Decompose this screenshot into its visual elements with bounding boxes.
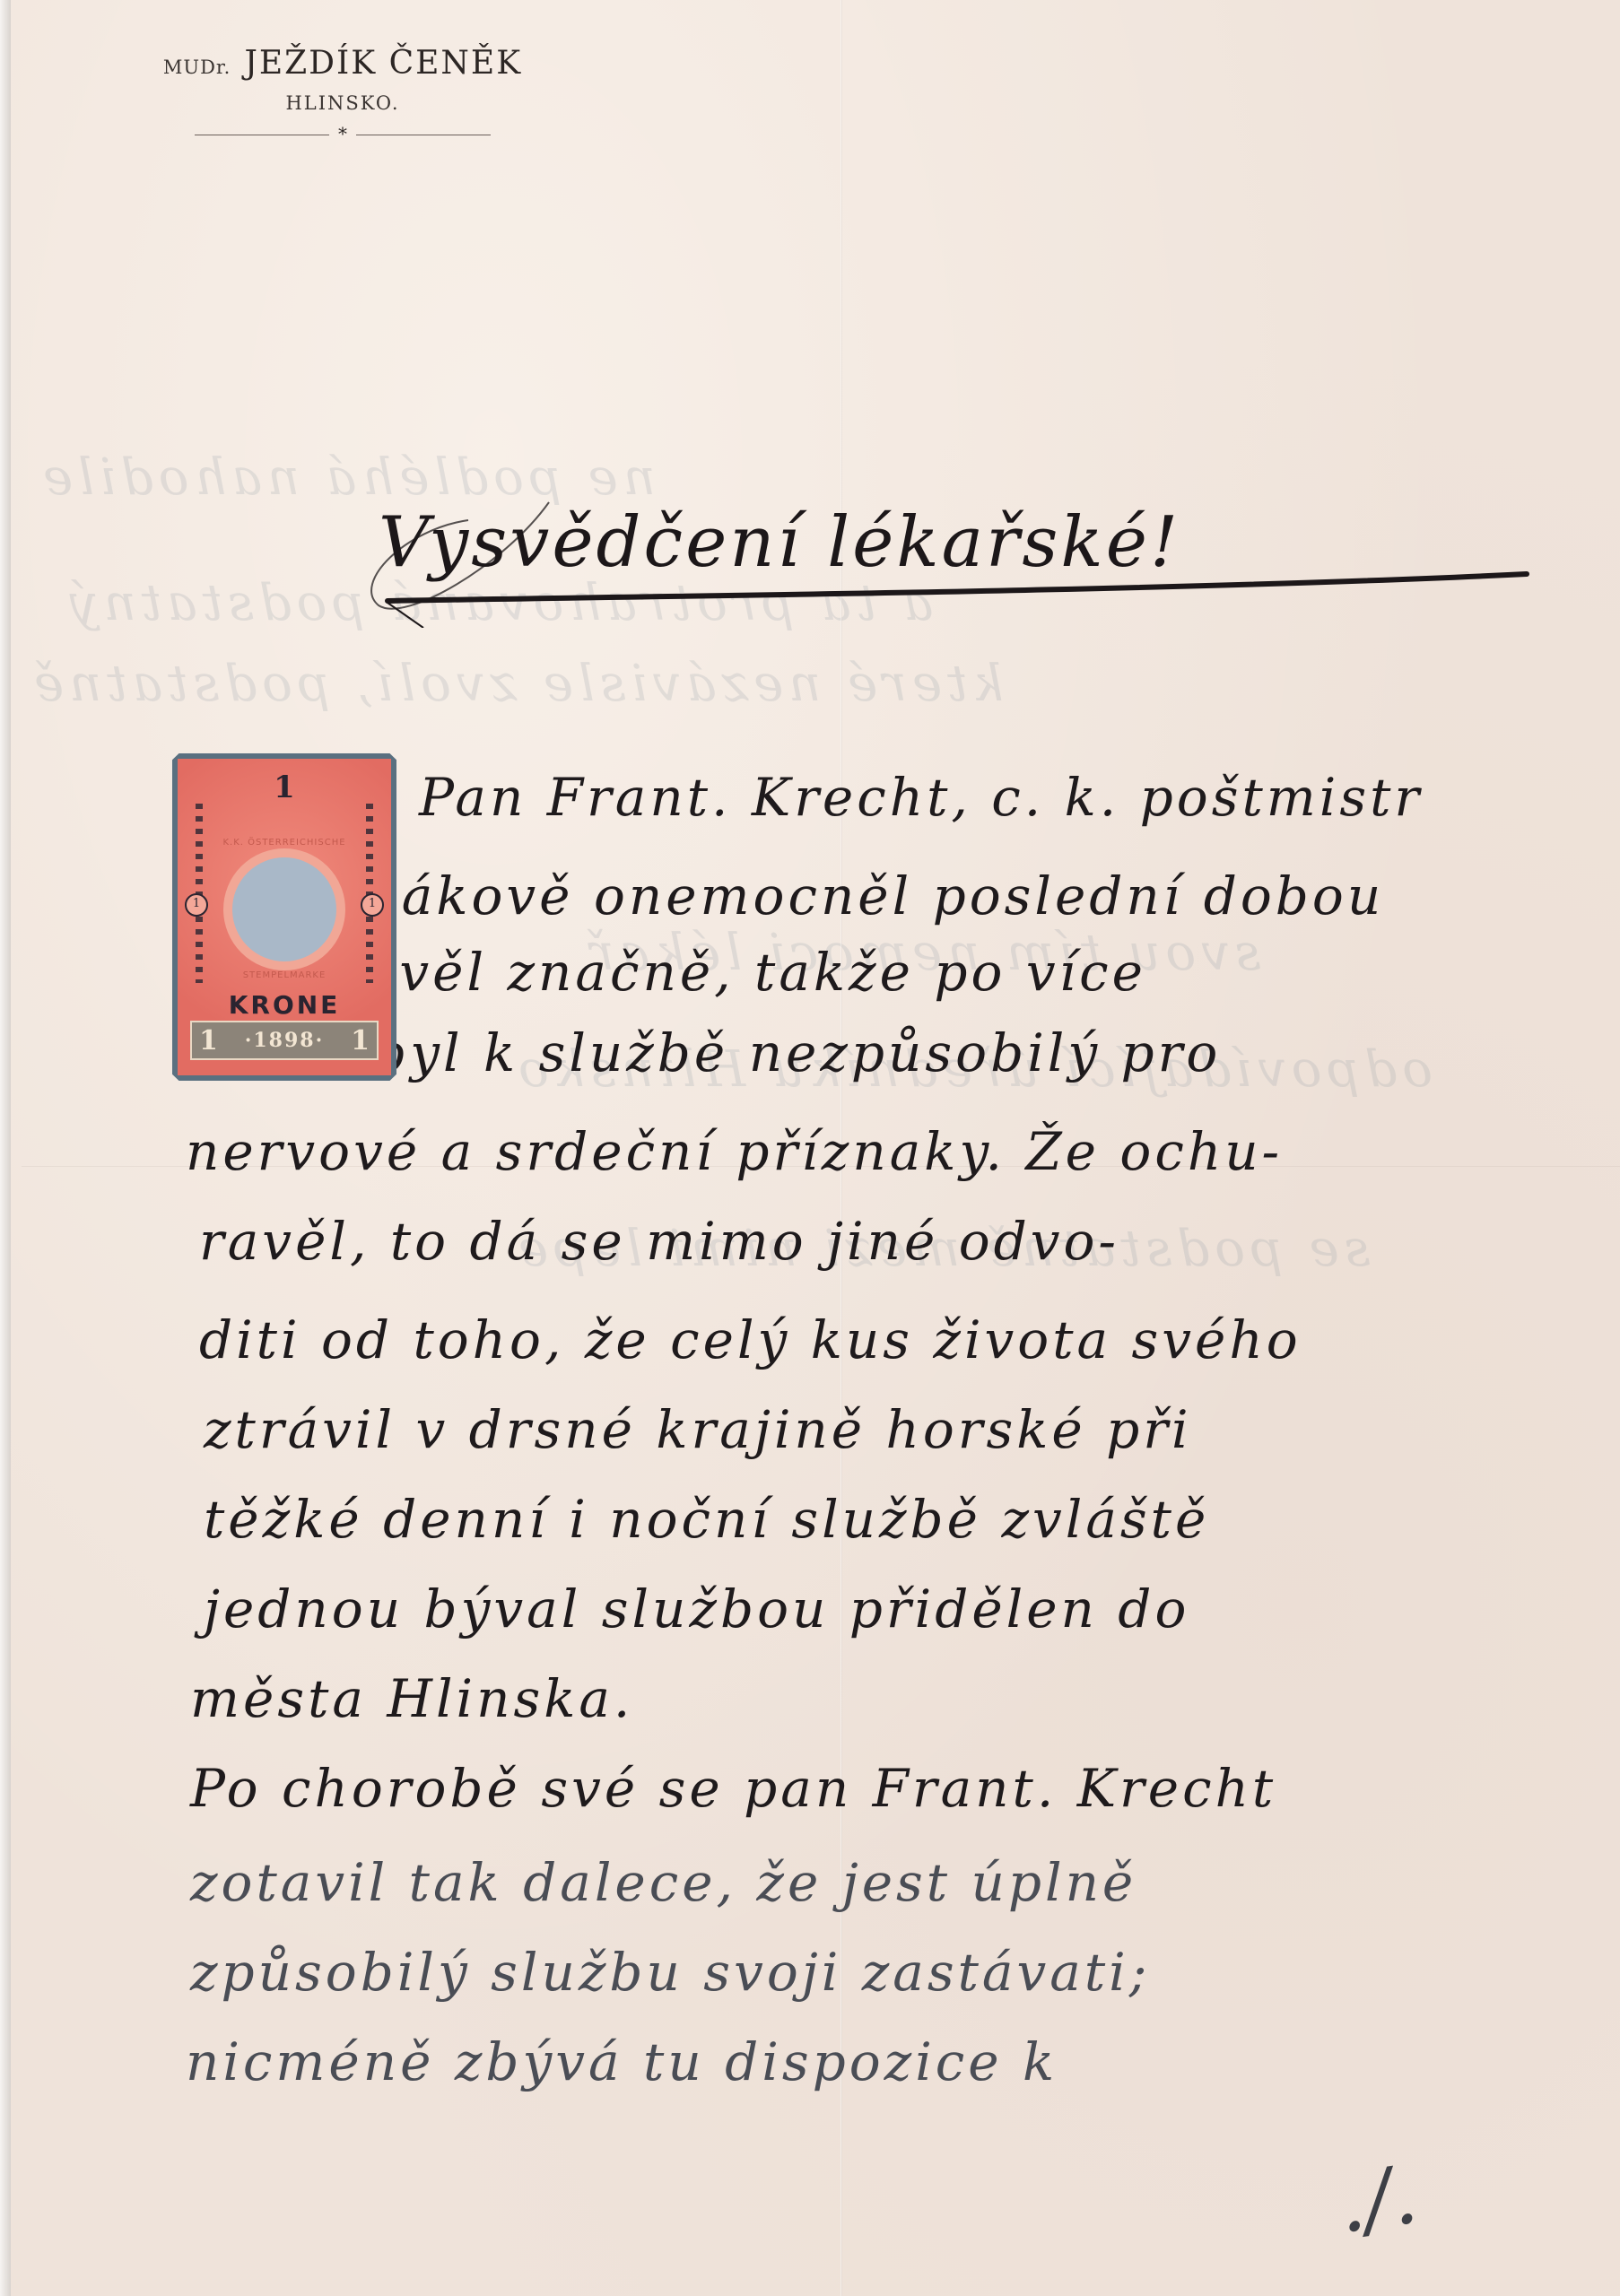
letterhead: MUDr. JEŽDÍK ČENĚK HLINSKO. * [136,45,549,144]
asterisk-ornament-icon: * [338,123,347,144]
stamp-value-top: 1 [178,770,391,805]
stamp-ring-text: STEMPELMARKE [178,970,391,980]
text-line: nicméně zbývá tu dispozice k [186,2031,1058,2092]
scan-edge [0,0,11,2296]
stamp-value-right: 1 [351,1025,370,1057]
text-line: Po chorobě své se pan Frant. Krecht [190,1758,1276,1819]
stamp-year: ·1898· [245,1029,325,1052]
revenue-stamp: 1 K.K. ÖSTERREICHISCHE 1 1 STEMPELMARKE … [172,753,396,1081]
letter-page: ne podléhá nahodile a ta protrahovaná po… [11,0,1620,2296]
doctor-city: HLINSKO. [136,92,549,114]
text-line: ztrávil v drsné krajině horské při [204,1399,1192,1460]
letterhead-divider: * [195,126,491,144]
text-line: nervové a srdeční příznaky. Že ochu- [186,1121,1283,1182]
text-line: způsobilý službu svoji zastávati; [190,1942,1150,2003]
text-line: diti od toho, že celý kus života svého [199,1309,1302,1370]
stamp-side-value: 1 [361,893,384,917]
stamp-value-left: 1 [199,1025,218,1057]
text-line: ravěl, to dá se mimo jiné odvo- [199,1211,1119,1272]
emperor-portrait-icon [223,848,345,970]
bleed-through-text: které nezávisle zvolí, podstatně [29,655,1004,713]
stamp-ring-text: K.K. ÖSTERREICHISCHE [178,838,391,848]
text-line: Pan Frant. Krecht, c. k. poštmistr [419,767,1423,828]
doctor-title: MUDr. [163,57,231,78]
bleed-through-text: ne podléhá nahodile [38,448,656,507]
text-line: jednou býval službou přidělen do [204,1578,1189,1639]
text-line: města Hlinska. [190,1668,633,1729]
text-line: těžké denní i noční službě zvláště [204,1489,1209,1550]
stamp-side-value: 1 [185,893,208,917]
continuation-mark: ./. [1332,2147,1423,2251]
text-line: zotavil tak dalece, že jest úplně [190,1852,1137,1913]
stamp-denomination: KRONE [178,990,391,1020]
stamp-year-box: 1 ·1898· 1 [190,1021,379,1060]
doctor-name: JEŽDÍK ČENĚK [244,45,522,82]
document-heading: Vysvědčení lékařské! [379,502,1180,583]
